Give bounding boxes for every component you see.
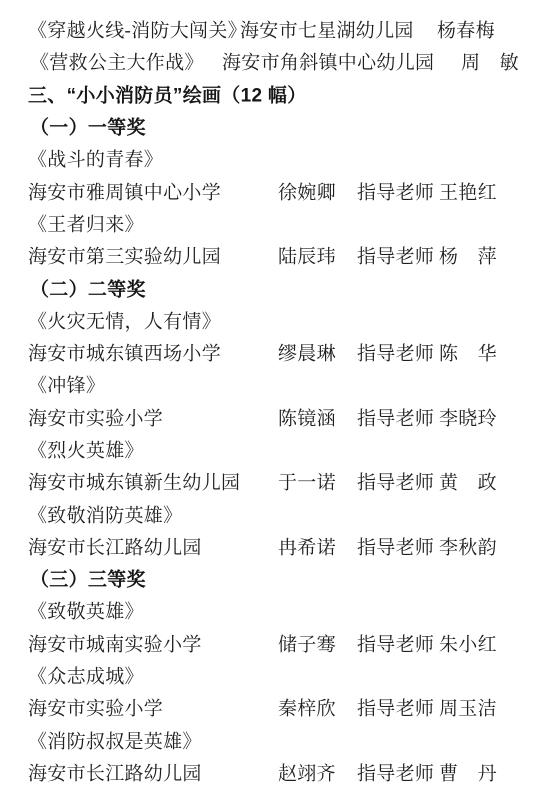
- school-name: 海安市长江路幼儿园: [28, 532, 202, 559]
- work-title-row: 《众志成城》: [0, 659, 535, 691]
- entry-row: 海安市城南实验小学 储子骞 指导老师 朱小红: [0, 627, 535, 659]
- work-title-row: 《火灾无情，人有情》: [0, 304, 535, 336]
- work-title-row: 《战斗的青春》: [0, 142, 535, 174]
- advisor-label: 指导老师: [357, 758, 434, 785]
- entry-row: 海安市实验小学 陈镜涵 指导老师 李晓玲: [0, 401, 535, 433]
- section-heading: 三、“小小消防员”绘画（12 幅）: [0, 78, 535, 110]
- student-name: 徐婉卿: [278, 177, 336, 204]
- teacher-name: 杨春梅: [437, 16, 495, 43]
- award-row: 《营救公主大作战》 海安市角斜镇中心幼儿园 周 敏: [0, 45, 535, 77]
- student-name: 冉希诺: [278, 532, 336, 559]
- student-name: 陆辰玮: [278, 242, 336, 269]
- work-title: 《战斗的青春》: [28, 145, 163, 172]
- teacher-name: 周玉洁: [439, 694, 497, 721]
- advisor-label: 指导老师: [357, 694, 434, 721]
- school-name: 海安市城南实验小学: [28, 629, 202, 656]
- work-title: 《冲锋》: [28, 371, 105, 398]
- work-title: 《消防叔叔是英雄》: [28, 726, 202, 753]
- work-title: 《王者归来》: [28, 209, 144, 236]
- tier-heading-text: （三）三等奖: [30, 565, 146, 592]
- school-name: 海安市城东镇西场小学: [28, 339, 221, 366]
- tier-heading-text: （一）一等奖: [30, 113, 146, 140]
- document-page: 《穿越火线-消防大闯关》 海安市七星湖幼儿园 杨春梅 《营救公主大作战》 海安市…: [0, 0, 535, 805]
- advisor-label: 指导老师: [357, 339, 434, 366]
- work-title-row: 《冲锋》: [0, 368, 535, 400]
- advisor-label: 指导老师: [357, 468, 434, 495]
- advisor-label: 指导老师: [357, 242, 434, 269]
- student-name: 缪晨琳: [278, 339, 336, 366]
- work-title-row: 《烈火英雄》: [0, 433, 535, 465]
- school-name: 海安市城东镇新生幼儿园: [28, 468, 240, 495]
- work-title-row: 《致敬英雄》: [0, 594, 535, 626]
- work-title: 《致敬消防英雄》: [28, 500, 182, 527]
- work-title: 《火灾无情，人有情》: [28, 306, 221, 333]
- work-title-row: 《致敬消防英雄》: [0, 497, 535, 529]
- school-name: 海安市雅周镇中心小学: [28, 177, 221, 204]
- school-name: 海安市七星湖幼儿园: [240, 16, 414, 43]
- teacher-name: 朱小红: [439, 629, 497, 656]
- work-title-row: 《消防叔叔是英雄》: [0, 724, 535, 756]
- advisor-label: 指导老师: [357, 403, 434, 430]
- teacher-name: 陈 华: [439, 339, 497, 366]
- work-title: 《众志成城》: [28, 662, 144, 689]
- school-name: 海安市角斜镇中心幼儿园: [222, 48, 434, 75]
- tier-heading-second-prize: （二）二等奖: [0, 271, 535, 303]
- section-heading-text: 三、“小小消防员”绘画（12 幅）: [28, 80, 307, 107]
- advisor-label: 指导老师: [357, 177, 434, 204]
- tier-heading-text: （二）二等奖: [30, 274, 146, 301]
- school-name: 海安市实验小学: [28, 694, 163, 721]
- school-name: 海安市实验小学: [28, 403, 163, 430]
- student-name: 秦梓欣: [278, 694, 336, 721]
- entry-row: 海安市城东镇西场小学 缪晨琳 指导老师 陈 华: [0, 336, 535, 368]
- teacher-name: 杨 萍: [439, 242, 497, 269]
- school-name: 海安市第三实验幼儿园: [28, 242, 221, 269]
- student-name: 于一诺: [278, 468, 336, 495]
- award-row: 《穿越火线-消防大闯关》 海安市七星湖幼儿园 杨春梅: [0, 13, 535, 45]
- entry-row: 海安市城东镇新生幼儿园 于一诺 指导老师 黄 政: [0, 465, 535, 497]
- entry-row: 海安市实验小学 秦梓欣 指导老师 周玉洁: [0, 691, 535, 723]
- work-title-row: 《王者归来》: [0, 207, 535, 239]
- tier-heading-third-prize: （三）三等奖: [0, 562, 535, 594]
- entry-row: 海安市雅周镇中心小学 徐婉卿 指导老师 王艳红: [0, 174, 535, 206]
- teacher-name: 曹 丹: [439, 758, 497, 785]
- student-name: 储子骞: [278, 629, 336, 656]
- tier-heading-first-prize: （一）一等奖: [0, 110, 535, 142]
- entry-row: 海安市长江路幼儿园 冉希诺 指导老师 李秋韵: [0, 530, 535, 562]
- teacher-name: 黄 政: [439, 468, 497, 495]
- teacher-name: 李秋韵: [439, 532, 497, 559]
- student-name: 陈镜涵: [278, 403, 336, 430]
- work-title: 《致敬英雄》: [28, 597, 144, 624]
- teacher-name: 王艳红: [439, 177, 497, 204]
- teacher-name: 周 敏: [461, 48, 519, 75]
- work-title: 《烈火英雄》: [28, 436, 144, 463]
- teacher-name: 李晓玲: [439, 403, 497, 430]
- advisor-label: 指导老师: [357, 532, 434, 559]
- student-name: 赵翊齐: [278, 758, 336, 785]
- work-title: 《穿越火线-消防大闯关》: [28, 16, 247, 43]
- entry-row: 海安市第三实验幼儿园 陆辰玮 指导老师 杨 萍: [0, 239, 535, 271]
- advisor-label: 指导老师: [357, 629, 434, 656]
- entry-row: 海安市长江路幼儿园 赵翊齐 指导老师 曹 丹: [0, 756, 535, 788]
- work-title: 《营救公主大作战》: [30, 48, 204, 75]
- school-name: 海安市长江路幼儿园: [28, 758, 202, 785]
